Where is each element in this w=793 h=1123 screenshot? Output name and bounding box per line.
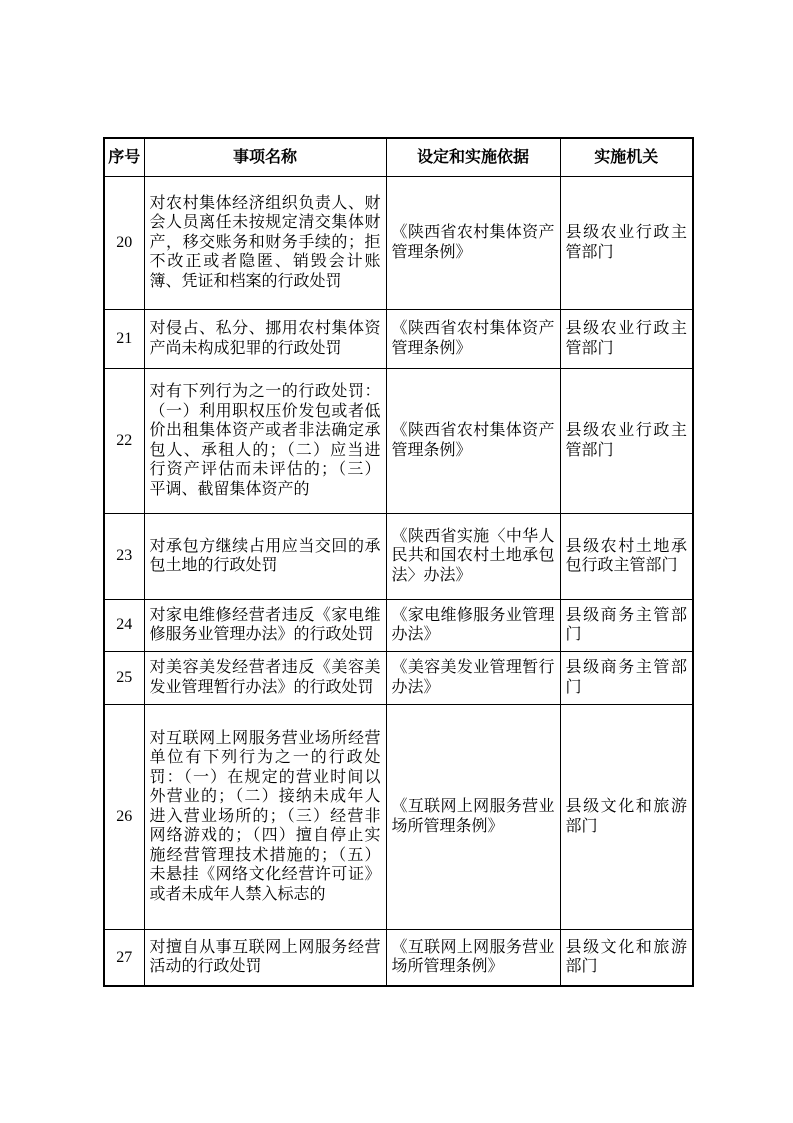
penalty-items-table: 序号 事项名称 设定和实施依据 实施机关 20 对农村集体经济组织负责人、财会人… xyxy=(103,137,694,987)
item-name-cell: 对互联网上网服务营业场所经营单位有下列行为之一的行政处罚：（一）在规定的营业时间… xyxy=(144,704,386,929)
serial-number-cell: 23 xyxy=(104,513,144,599)
serial-number-cell: 26 xyxy=(104,704,144,929)
table-row: 26 对互联网上网服务营业场所经营单位有下列行为之一的行政处罚：（一）在规定的营… xyxy=(104,704,693,929)
serial-number-cell: 21 xyxy=(104,309,144,368)
column-header-serial-number: 序号 xyxy=(104,138,144,176)
serial-number-cell: 22 xyxy=(104,368,144,513)
item-name-cell: 对擅自从事互联网上网服务经营活动的行政处罚 xyxy=(144,929,386,986)
agency-cell: 县级农业行政主管部门 xyxy=(560,309,693,368)
legal-basis-cell: 《互联网上网服务营业场所管理条例》 xyxy=(386,929,560,986)
item-name-cell: 对承包方继续占用应当交回的承包土地的行政处罚 xyxy=(144,513,386,599)
document-page: 序号 事项名称 设定和实施依据 实施机关 20 对农村集体经济组织负责人、财会人… xyxy=(0,0,793,1123)
agency-cell: 县级文化和旅游部门 xyxy=(560,929,693,986)
legal-basis-cell: 《陕西省农村集体资产管理条例》 xyxy=(386,368,560,513)
table-row: 24 对家电维修经营者违反《家电维修服务业管理办法》的行政处罚 《家电维修服务业… xyxy=(104,599,693,651)
agency-cell: 县级农业行政主管部门 xyxy=(560,176,693,309)
legal-basis-cell: 《陕西省农村集体资产管理条例》 xyxy=(386,309,560,368)
legal-basis-cell: 《美容美发业管理暂行办法》 xyxy=(386,651,560,704)
legal-basis-cell: 《互联网上网服务营业场所管理条例》 xyxy=(386,704,560,929)
item-name-cell: 对美容美发经营者违反《美容美发业管理暂行办法》的行政处罚 xyxy=(144,651,386,704)
agency-cell: 县级农业行政主管部门 xyxy=(560,368,693,513)
column-header-item-name: 事项名称 xyxy=(144,138,386,176)
serial-number-cell: 24 xyxy=(104,599,144,651)
agency-cell: 县级文化和旅游部门 xyxy=(560,704,693,929)
header-row: 序号 事项名称 设定和实施依据 实施机关 xyxy=(104,138,693,176)
table-row: 25 对美容美发经营者违反《美容美发业管理暂行办法》的行政处罚 《美容美发业管理… xyxy=(104,651,693,704)
item-name-cell: 对农村集体经济组织负责人、财会人员离任未按规定清交集体财产，移交账务和财务手续的… xyxy=(144,176,386,309)
table-row: 22 对有下列行为之一的行政处罚：（一）利用职权压价发包或者低价出租集体资产或者… xyxy=(104,368,693,513)
table-row: 27 对擅自从事互联网上网服务经营活动的行政处罚 《互联网上网服务营业场所管理条… xyxy=(104,929,693,986)
column-header-agency: 实施机关 xyxy=(560,138,693,176)
serial-number-cell: 25 xyxy=(104,651,144,704)
legal-basis-cell: 《陕西省实施〈中华人民共和国农村土地承包法〉办法》 xyxy=(386,513,560,599)
table-body: 20 对农村集体经济组织负责人、财会人员离任未按规定清交集体财产，移交账务和财务… xyxy=(104,176,693,986)
legal-basis-cell: 《陕西省农村集体资产管理条例》 xyxy=(386,176,560,309)
item-name-cell: 对有下列行为之一的行政处罚：（一）利用职权压价发包或者低价出租集体资产或者非法确… xyxy=(144,368,386,513)
table-row: 20 对农村集体经济组织负责人、财会人员离任未按规定清交集体财产，移交账务和财务… xyxy=(104,176,693,309)
agency-cell: 县级农村土地承包行政主管部门 xyxy=(560,513,693,599)
serial-number-cell: 20 xyxy=(104,176,144,309)
column-header-legal-basis: 设定和实施依据 xyxy=(386,138,560,176)
serial-number-cell: 27 xyxy=(104,929,144,986)
table-row: 21 对侵占、私分、挪用农村集体资产尚未构成犯罪的行政处罚 《陕西省农村集体资产… xyxy=(104,309,693,368)
agency-cell: 县级商务主管部门 xyxy=(560,651,693,704)
item-name-cell: 对家电维修经营者违反《家电维修服务业管理办法》的行政处罚 xyxy=(144,599,386,651)
legal-basis-cell: 《家电维修服务业管理办法》 xyxy=(386,599,560,651)
item-name-cell: 对侵占、私分、挪用农村集体资产尚未构成犯罪的行政处罚 xyxy=(144,309,386,368)
table-row: 23 对承包方继续占用应当交回的承包土地的行政处罚 《陕西省实施〈中华人民共和国… xyxy=(104,513,693,599)
agency-cell: 县级商务主管部门 xyxy=(560,599,693,651)
